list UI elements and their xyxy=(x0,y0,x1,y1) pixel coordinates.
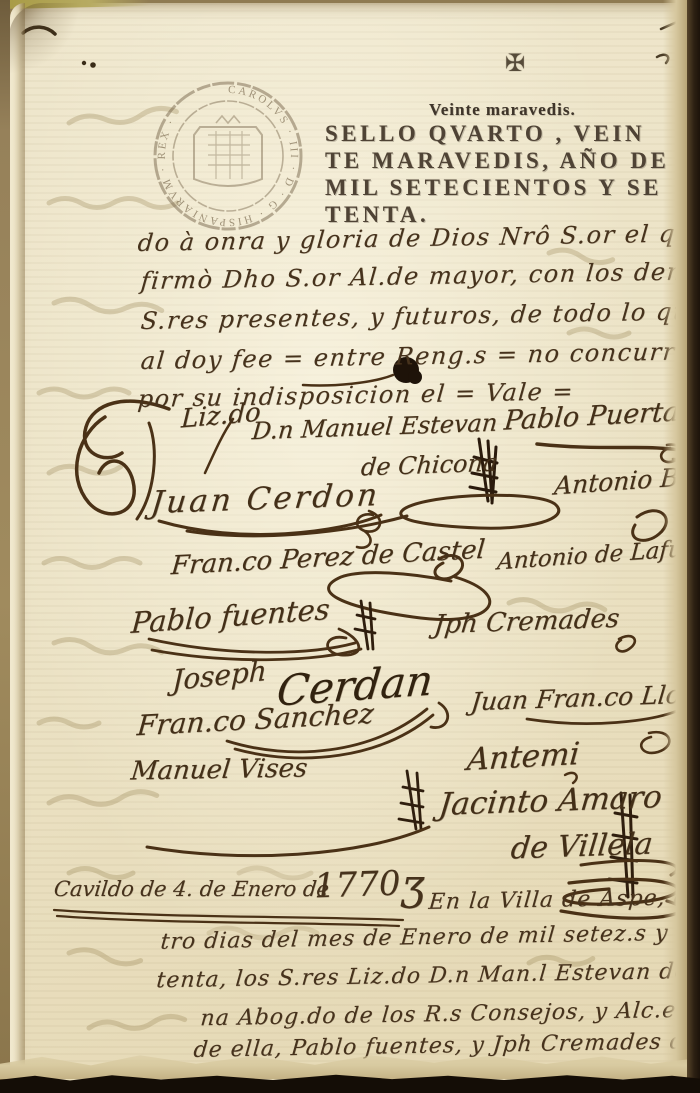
cabildo-heading: Cavildo de 4. de Enero de xyxy=(53,877,330,901)
signature-joseph: Joseph xyxy=(172,654,268,697)
cabildo-year: 1770 xyxy=(313,864,401,907)
footer-line-3: tenta, los S.res Liz.do D.n Man.l Esteva… xyxy=(155,958,700,994)
body-line-3: S.res presentes, y futuros, de todo lo q… xyxy=(140,297,692,335)
signature-de-villela: de Villela xyxy=(509,826,654,866)
right-page-edge xyxy=(663,0,687,1093)
signature-lizdo: Liz.do xyxy=(180,397,261,434)
signature-pablo-fuentes: Pablo fuentes xyxy=(130,592,331,640)
stamp-line-2: TE MARAVEDIS, AÑO DE xyxy=(325,147,669,174)
printed-cross-icon: ✠ xyxy=(505,49,525,77)
stamp-line-3: MIL SETECIENTOS Y SE xyxy=(325,174,669,201)
body-line-4: al doy fee = entre Reng.s = no concurrie… xyxy=(140,336,700,375)
stamp-line-1: SELLO QVARTO , VEIN xyxy=(325,120,669,147)
tax-value-line: Veinte maravedis. xyxy=(429,100,576,120)
manuscript-scan: CAROLVS · III · D · G · HISPANIARVM · RE… xyxy=(0,0,700,1093)
left-page-curl xyxy=(10,3,25,1093)
signature-jph-cremades: Jph Cremades xyxy=(432,604,620,641)
footer-line-4: na Abog.do de los R.s Consejos, y Alc.e … xyxy=(199,996,700,1031)
stamp-text-block: SELLO QVARTO , VEIN TE MARAVEDIS, AÑO DE… xyxy=(325,120,669,228)
body-line-2: firmò Dho S.or Al.de mayor, con los dema… xyxy=(140,257,700,295)
ante-mi-label: Antemi xyxy=(465,736,580,778)
signature-jacinto-amaro: Jacinto Amaro xyxy=(437,779,664,823)
footer-line-2: tro dias del mes de Enero de mil setez.s… xyxy=(159,920,700,954)
manuscript-page: CAROLVS · III · D · G · HISPANIARVM · RE… xyxy=(9,3,700,1093)
signature-perez-de-castel: Fran.co Perez de Castel xyxy=(170,535,486,582)
signature-juan-cerdon: Juan Cerdon xyxy=(149,477,382,521)
footer-line-5: de ella, Pablo fuentes, y Jph Cremades d… xyxy=(192,1028,700,1063)
left-binding-edge xyxy=(0,0,10,1093)
right-gutter-shadow xyxy=(687,0,700,1093)
signature-manuel-vises: Manuel Vises xyxy=(129,753,308,786)
footer-line-1: En la Villa de Aspe, en qua xyxy=(428,884,700,915)
body-line-1: do à onra y gloria de Dios Nrô S.or el q… xyxy=(137,219,687,257)
signature-fran-sanchez: Fran.co Sanchez xyxy=(136,697,375,743)
signature-manuel-estevan: D.n Manuel Estevan xyxy=(251,409,499,446)
scribal-brace: Ʒ xyxy=(401,869,425,918)
